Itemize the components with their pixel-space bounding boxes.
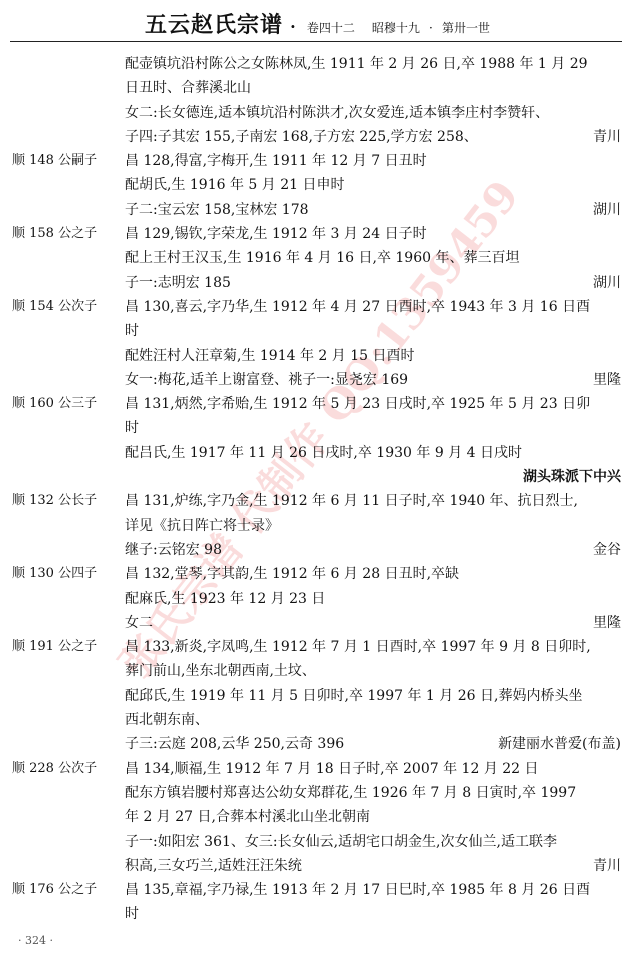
entry-line: 女二:长女德连,适本镇坑沿村陈洪才,次女爱连,适本镇李庄村李赞轩、 [0,101,635,125]
entry-text: 配壶镇坑沿村陈公之女陈林凤,生 1911 年 2 月 26 日,卒 1988 年… [125,52,588,76]
entry-label: 顺 158 公之子 [12,222,117,246]
entry-text: 时 [125,902,139,926]
entry-text: 积高,三女巧兰,适姓汪汪朱统 [125,854,302,878]
entry-text: 子二:宝云宏 158,宝林宏 178 [125,198,309,222]
entry-place: 湖川 [593,198,621,222]
entry-line: 女一:梅花,适羊上谢富登、祧子一:显尧宏 169里隆 [0,368,635,392]
generation-label: 第卅一世 [442,21,490,35]
entry-line: 日丑时、合葬溪北山 [0,76,635,100]
entry-line: 顺 158 公之子昌 129,锡钦,字荣龙,生 1912 年 3 月 24 日子… [0,222,635,246]
entry-text: 年 2 月 27 日,合葬本村溪北山坐北朝南 [125,805,370,829]
entry-text: 女二 [125,611,153,635]
page-number: · 324 · [18,934,53,947]
entry-text: 详见《抗日阵亡将士录》 [125,514,279,538]
entry-line: 时 [0,416,635,440]
book-title: 五云赵氏宗谱 [145,12,283,38]
entry-text: 西北朝东南、 [125,708,209,732]
entry-place: 青川 [593,125,621,149]
entry-line: 顺 130 公四子昌 132,堂琴,字其韵,生 1912 年 6 月 28 日丑… [0,562,635,586]
separator-dot-small: · [429,21,433,35]
entry-text: 昌 131,炳然,字希贻,生 1912 年 5 月 23 日戌时,卒 1925 … [125,392,590,416]
entry-line: 年 2 月 27 日,合葬本村溪北山坐北朝南 [0,805,635,829]
entry-line: 配麻氏,生 1923 年 12 月 23 日 [0,587,635,611]
entry-line: 子一:如阳宏 361、女三:长女仙云,适胡宅口胡金生,次女仙兰,适工联李 [0,830,635,854]
separator-dot: · [290,17,296,36]
entry-text: 子一:如阳宏 361、女三:长女仙云,适胡宅口胡金生,次女仙兰,适工联李 [125,830,557,854]
entry-text: 子一:志明宏 185 [125,271,231,295]
entry-line: 配姓汪村人汪章菊,生 1914 年 2 月 15 日酉时 [0,344,635,368]
entry-text: 昌 131,炉练,字乃金,生 1912 年 6 月 11 日子时,卒 1940 … [125,489,578,513]
entry-text: 配胡氏,生 1916 年 5 月 21 日申时 [125,173,345,197]
entry-text: 配姓汪村人汪章菊,生 1914 年 2 月 15 日酉时 [125,344,415,368]
entry-line: 女二里隆 [0,611,635,635]
entry-place: 金谷 [593,538,621,562]
entry-label: 顺 154 公次子 [12,295,117,319]
entry-line: 子四:子其宏 155,子南宏 168,子方宏 225,学方宏 258、青川 [0,125,635,149]
entry-place: 里隆 [593,611,621,635]
entry-text: 昌 129,锡钦,字荣龙,生 1912 年 3 月 24 日子时 [125,222,427,246]
entry-text: 葬门前山,坐东北朝西南,土坟、 [125,659,316,683]
entry-text: 时 [125,319,139,343]
entry-line: 顺 154 公次子昌 130,喜云,字乃华,生 1912 年 4 月 27 日酉… [0,295,635,319]
entry-text: 配东方镇岩腰村郑喜达公幼女郑群花,生 1926 年 7 月 8 日寅时,卒 19… [125,781,576,805]
entry-text: 女一:梅花,适羊上谢富登、祧子一:显尧宏 169 [125,368,408,392]
entry-text: 时 [125,416,139,440]
entry-line: 详见《抗日阵亡将士录》 [0,514,635,538]
entry-label: 顺 228 公次子 [12,757,117,781]
entry-text: 继子:云铭宏 98 [125,538,222,562]
entry-line: 西北朝东南、 [0,708,635,732]
entry-place: 湖头珠派下中兴 [523,465,621,489]
entry-line: 湖头珠派下中兴 [0,465,635,489]
entry-label: 顺 148 公嗣子 [12,149,117,173]
entry-line: 配胡氏,生 1916 年 5 月 21 日申时 [0,173,635,197]
genealogy-entries: 配壶镇坑沿村陈公之女陈林凤,生 1911 年 2 月 26 日,卒 1988 年… [0,52,635,927]
entry-line: 时 [0,902,635,926]
entry-line: 时 [0,319,635,343]
entry-line: 子三:云庭 208,云华 250,云奇 396新建丽水普爱(布盖) [0,732,635,756]
entry-text: 昌 134,顺福,生 1912 年 7 月 18 日子时,卒 2007 年 12… [125,757,539,781]
entry-text: 昌 128,得富,字梅开,生 1911 年 12 月 7 日丑时 [125,149,427,173]
entry-line: 子二:宝云宏 158,宝林宏 178湖川 [0,198,635,222]
entry-text: 子四:子其宏 155,子南宏 168,子方宏 225,学方宏 258、 [125,125,478,149]
entry-label: 顺 160 公三子 [12,392,117,416]
entry-line: 配壶镇坑沿村陈公之女陈林凤,生 1911 年 2 月 26 日,卒 1988 年… [0,52,635,76]
entry-text: 昌 130,喜云,字乃华,生 1912 年 4 月 27 日酉时,卒 1943 … [125,295,590,319]
entry-label: 顺 130 公四子 [12,562,117,586]
entry-place: 里隆 [593,368,621,392]
entry-text: 配麻氏,生 1923 年 12 月 23 日 [125,587,325,611]
entry-line: 配上王村王汉玉,生 1916 年 4 月 16 日,卒 1960 年、葬三百坦 [0,246,635,270]
entry-line: 顺 132 公长子昌 131,炉练,字乃金,生 1912 年 6 月 11 日子… [0,489,635,513]
entry-line: 顺 160 公三子昌 131,炳然,字希贻,生 1912 年 5 月 23 日戌… [0,392,635,416]
entry-label: 顺 191 公之子 [12,635,117,659]
entry-text: 日丑时、合葬溪北山 [125,76,251,100]
entry-text: 昌 133,新炎,字凤鸣,生 1912 年 7 月 1 日酉时,卒 1997 年… [125,635,591,659]
header-rule [10,41,622,42]
entry-text: 女二:长女德连,适本镇坑沿村陈洪才,次女爱连,适本镇李庄村李赞轩、 [125,101,549,125]
entry-line: 顺 148 公嗣子昌 128,得富,字梅开,生 1911 年 12 月 7 日丑… [0,149,635,173]
entry-place: 青川 [593,854,621,878]
entry-line: 积高,三女巧兰,适姓汪汪朱统青川 [0,854,635,878]
entry-line: 配邱氏,生 1919 年 11 月 5 日卯时,卒 1997 年 1 月 26 … [0,684,635,708]
entry-line: 子一:志明宏 185湖川 [0,271,635,295]
entry-text: 配吕氏,生 1917 年 11 月 26 日戌时,卒 1930 年 9 月 4 … [125,441,522,465]
volume-label: 卷四十二 [307,21,355,35]
entry-label: 顺 176 公之子 [12,878,117,902]
entry-text: 子三:云庭 208,云华 250,云奇 396 [125,732,344,756]
entry-line: 配东方镇岩腰村郑喜达公幼女郑群花,生 1926 年 7 月 8 日寅时,卒 19… [0,781,635,805]
entry-place: 湖川 [593,271,621,295]
entry-place: 新建丽水普爱(布盖) [498,732,621,756]
page-header: 五云赵氏宗谱 · 卷四十二 昭穆十九 · 第卅一世 [0,8,635,39]
entry-line: 配吕氏,生 1917 年 11 月 26 日戌时,卒 1930 年 9 月 4 … [0,441,635,465]
entry-line: 顺 176 公之子昌 135,章福,字乃禄,生 1913 年 2 月 17 日巳… [0,878,635,902]
entry-line: 顺 228 公次子昌 134,顺福,生 1912 年 7 月 18 日子时,卒 … [0,757,635,781]
entry-line: 继子:云铭宏 98金谷 [0,538,635,562]
entry-text: 昌 135,章福,字乃禄,生 1913 年 2 月 17 日巳时,卒 1985 … [125,878,590,902]
entry-text: 昌 132,堂琴,字其韵,生 1912 年 6 月 28 日丑时,卒缺 [125,562,459,586]
entry-line: 顺 191 公之子昌 133,新炎,字凤鸣,生 1912 年 7 月 1 日酉时… [0,635,635,659]
entry-line: 葬门前山,坐东北朝西南,土坟、 [0,659,635,683]
entry-text: 配邱氏,生 1919 年 11 月 5 日卯时,卒 1997 年 1 月 26 … [125,684,582,708]
branch-label: 昭穆十九 [372,21,420,35]
entry-text: 配上王村王汉玉,生 1916 年 4 月 16 日,卒 1960 年、葬三百坦 [125,246,519,270]
entry-label: 顺 132 公长子 [12,489,117,513]
